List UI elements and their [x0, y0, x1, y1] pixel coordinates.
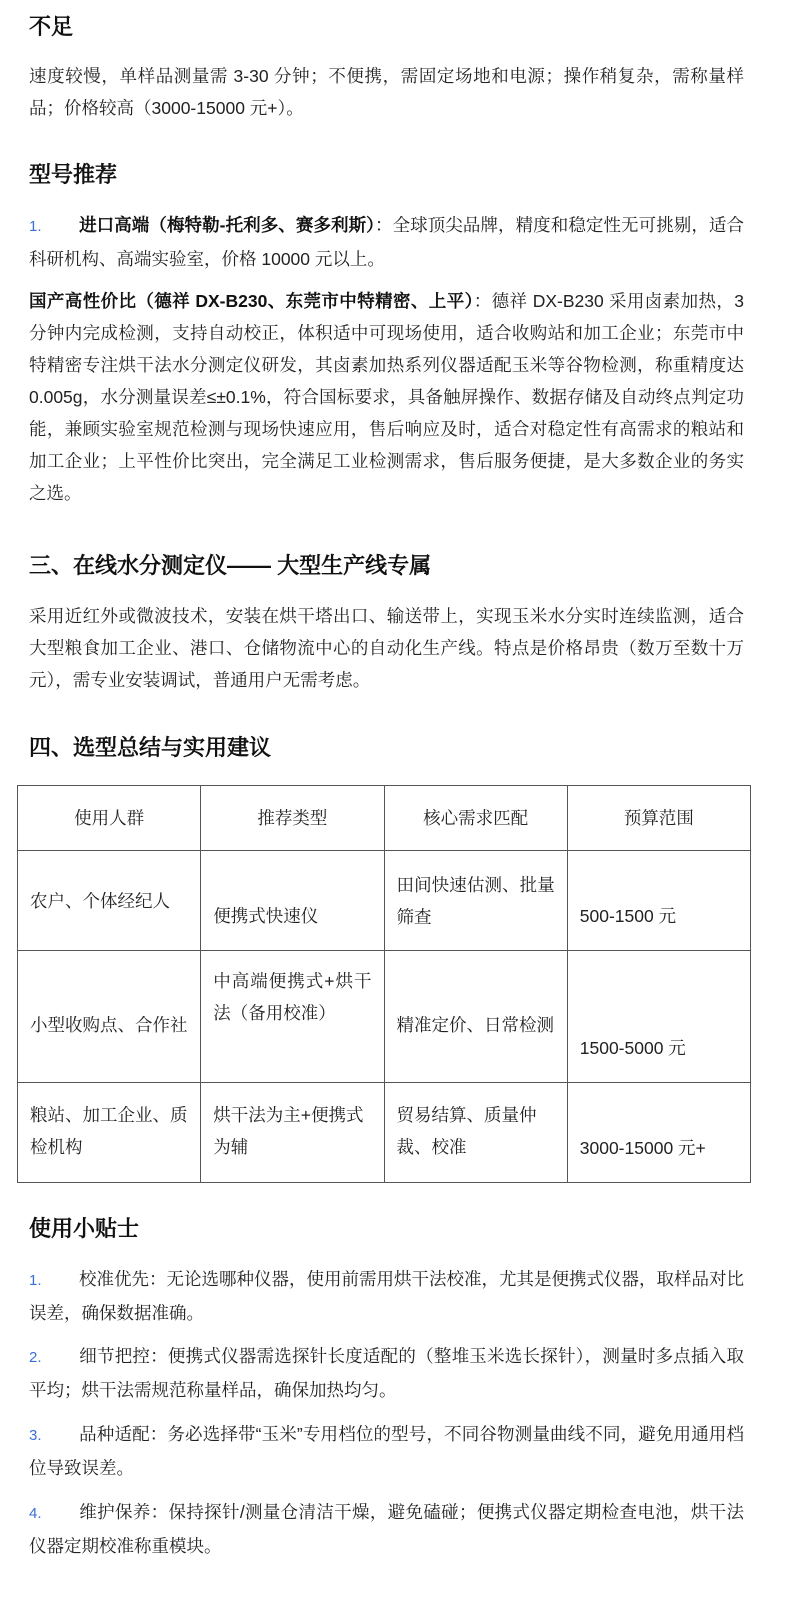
online-section-heading: 三、在线水分测定仪—— 大型生产线专属 [29, 551, 431, 581]
tip-text: 品种适配：务必选择带“玉米”专用档位的型号，不同谷物测量曲线不同，避免用通用档位… [29, 1424, 744, 1478]
domestic-text: ：德祥 DX-B230 采用卤素加热，3 分钟内完成检测，支持自动校正，体积适中… [29, 291, 744, 503]
tip-item: 1.校准优先：无论选哪种仪器，使用前需用烘干法校准，尤其是便携式仪器，取样品对比… [29, 1263, 744, 1329]
table-cell: 1500-5000 元 [567, 951, 750, 1083]
list-number: 3. [29, 1420, 79, 1452]
list-number: 1. [29, 1265, 79, 1297]
tip-text: 细节把控：便携式仪器需选探针长度适配的（整堆玉米选长探针），测量时多点插入取平均… [29, 1346, 744, 1400]
selection-summary-table: 使用人群 推荐类型 核心需求匹配 预算范围 农户、个体经纪人 便携式快速仪 田间… [17, 785, 751, 1183]
header-recommended-type: 推荐类型 [201, 786, 384, 851]
recommendation-bold-label: 进口高端（梅特勒-托利多、赛多利斯） [79, 215, 375, 235]
tip-item: 4.维护保养：保持探针/测量仓清洁干燥，避免磕碰；便携式仪器定期检查电池，烘干法… [29, 1496, 744, 1562]
recommendation-item-imported: 1.进口高端（梅特勒-托利多、赛多利斯）：全球顶尖品牌，精度和稳定性无可挑剔，适… [29, 209, 744, 275]
header-user-group: 使用人群 [18, 786, 201, 851]
table-cell: 贸易结算、质量仲裁、校准 [384, 1083, 567, 1183]
table-cell: 500-1500 元 [567, 851, 750, 951]
online-section-text: 采用近红外或微波技术，安装在烘干塔出口、输送带上，实现玉米水分实时连续监测，适合… [29, 600, 744, 696]
list-number: 4. [29, 1498, 79, 1530]
domestic-bold-label: 国产高性价比（德祥 DX-B230、东莞市中特精密、上平） [29, 291, 474, 311]
tip-item: 2.细节把控：便携式仪器需选探针长度适配的（整堆玉米选长探针），测量时多点插入取… [29, 1340, 744, 1406]
table-cell: 便携式快速仪 [201, 851, 384, 951]
table-cell: 小型收购点、合作社 [18, 951, 201, 1083]
table-cell: 3000-15000 元+ [567, 1083, 750, 1183]
model-recommendations-heading: 型号推荐 [29, 160, 117, 190]
summary-section-heading: 四、选型总结与实用建议 [29, 733, 271, 763]
shortcomings-heading: 不足 [29, 12, 73, 42]
table-cell: 粮站、加工企业、质检机构 [18, 1083, 201, 1183]
table-row: 农户、个体经纪人 便携式快速仪 田间快速估测、批量筛查 500-1500 元 [18, 851, 751, 951]
tip-text: 维护保养：保持探针/测量仓清洁干燥，避免磕碰；便携式仪器定期检查电池，烘干法仪器… [29, 1502, 744, 1556]
table-cell: 田间快速估测、批量筛查 [384, 851, 567, 951]
recommendation-item-domestic: 国产高性价比（德祥 DX-B230、东莞市中特精密、上平）：德祥 DX-B230… [29, 285, 744, 509]
header-budget: 预算范围 [567, 786, 750, 851]
table-cell: 中高端便携式+烘干法（备用校准） [201, 951, 384, 1083]
list-number: 2. [29, 1342, 79, 1374]
tips-heading: 使用小贴士 [29, 1214, 139, 1244]
list-number: 1. [29, 211, 79, 243]
tip-item: 3.品种适配：务必选择带“玉米”专用档位的型号，不同谷物测量曲线不同，避免用通用… [29, 1418, 744, 1484]
table-cell: 农户、个体经纪人 [18, 851, 201, 951]
table-row: 粮站、加工企业、质检机构 烘干法为主+便携式为辅 贸易结算、质量仲裁、校准 30… [18, 1083, 751, 1183]
table-cell: 烘干法为主+便携式为辅 [201, 1083, 384, 1183]
tip-text: 校准优先：无论选哪种仪器，使用前需用烘干法校准，尤其是便携式仪器，取样品对比误差… [29, 1269, 744, 1323]
header-core-needs: 核心需求匹配 [384, 786, 567, 851]
table-row: 小型收购点、合作社 中高端便携式+烘干法（备用校准） 精准定价、日常检测 150… [18, 951, 751, 1083]
shortcomings-text: 速度较慢，单样品测量需 3-30 分钟；不便携，需固定场地和电源；操作稍复杂，需… [29, 60, 744, 124]
table-header-row: 使用人群 推荐类型 核心需求匹配 预算范围 [18, 786, 751, 851]
table-cell: 精准定价、日常检测 [384, 951, 567, 1083]
